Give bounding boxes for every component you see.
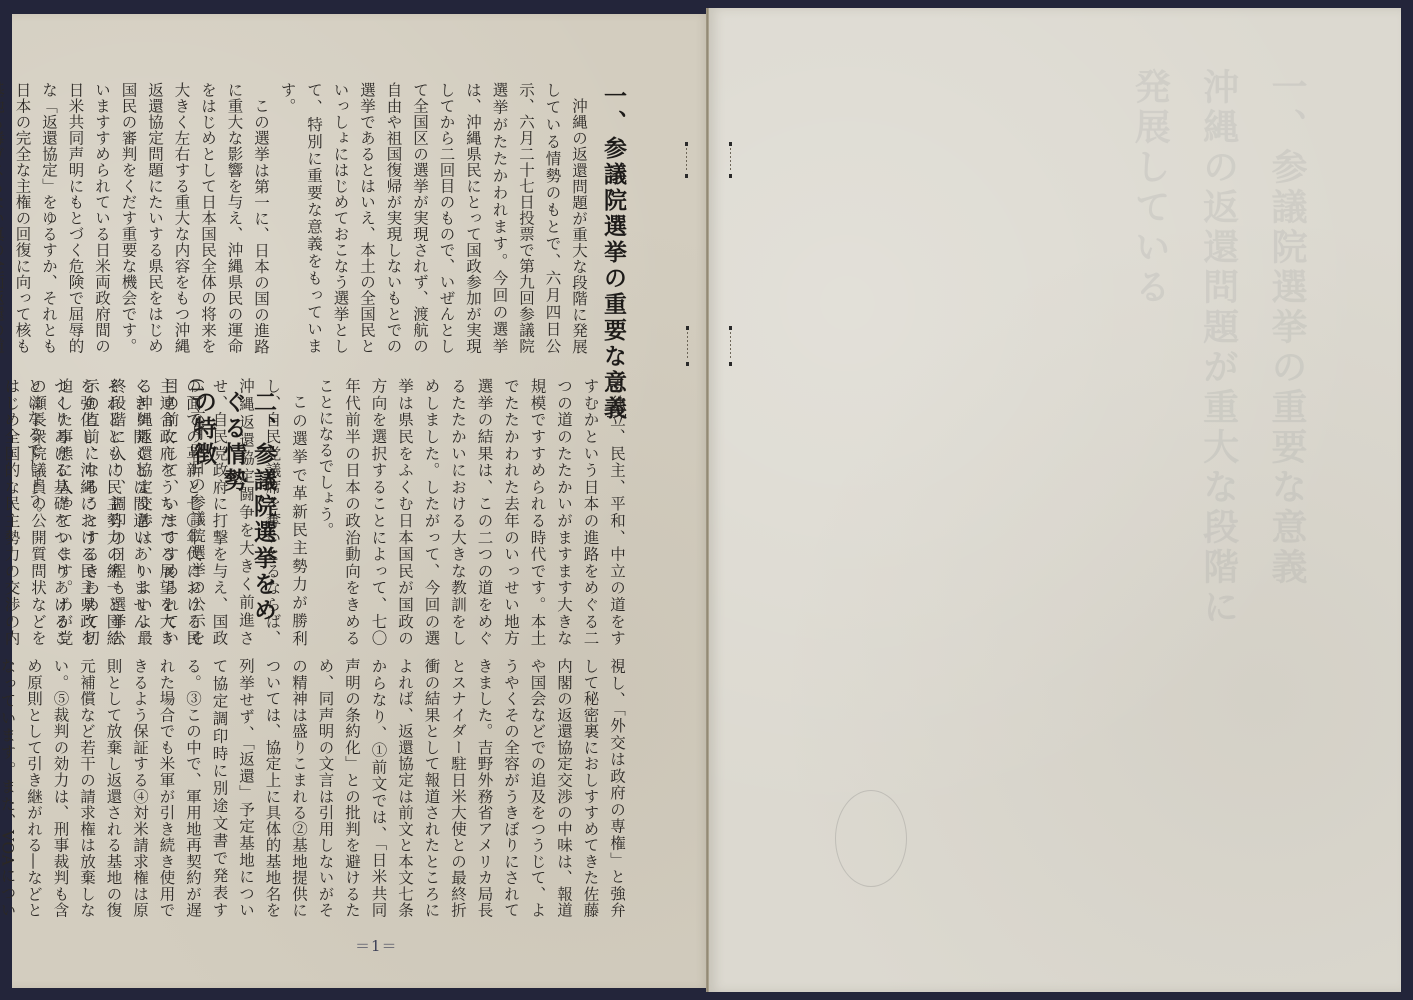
section1-continued-body: も独立、民主、平和、中立の道をすすむかという日本の進路をめぐる二つの道のたたかい… (272, 378, 630, 646)
staple-mark (686, 326, 689, 366)
section2-heading-line1: 二、参議院選挙をめぐる情勢 (220, 390, 276, 624)
paragraph: (1) 六月四日の参議院選挙の公示を目の前にして、いますすめられている沖縄返還協… (0, 378, 210, 646)
section1-heading: 一、参議院選挙の重要な意義 (598, 84, 628, 422)
paragraph: も独立、民主、平和、中立の道をすすむかという日本の進路をめぐる二つの道のたたかい… (312, 378, 630, 646)
section2-body: (1) 六月四日の参議院選挙の公示を目の前にして、いますすめられている沖縄返還協… (70, 378, 210, 646)
section2-heading: 二、参議院選挙をめぐる情勢 の特徴 (218, 390, 278, 640)
item-marker: (1) (188, 378, 206, 401)
page-number: ＝1＝ (355, 935, 398, 956)
paragraph: 沖縄の返還問題が重大な段階に発展している情勢のもとで、六月四日公示、六月二十七日… (274, 82, 592, 354)
paragraph: この選挙は第一に、日本の国の進路に重大な影響を与え、沖縄県民の運命をはじめとして… (0, 82, 274, 354)
right-page: 一、参議院選挙の重要な意義 沖縄の返還問題が重大な段階に発展している (709, 8, 1401, 992)
bleed-through-text: 一、参議院選挙の重要な意義 沖縄の返還問題が重大な段階に発展している (991, 68, 1321, 628)
document-spread: 一、参議院選挙の重要な意義 沖縄の返還問題が重大な段階に発展している情勢のもとで… (0, 0, 1413, 1000)
section1-body: 沖縄の返還問題が重大な段階に発展している情勢のもとで、六月四日公示、六月二十七日… (70, 82, 592, 354)
faint-stamp-mark (835, 790, 907, 887)
staple-mark (685, 142, 688, 178)
section2-continued-body: 視し、「外交は政府の専権」と強弁して秘密裏におしすすめてきた佐藤内閣の返還協定交… (70, 658, 630, 918)
paragraph: 視し、「外交は政府の専権」と強弁して秘密裏におしすすめてきた佐藤内閣の返還協定交… (0, 658, 630, 918)
paragraph-text: 六月四日の参議院選挙の公示を目の前にして、いますすめられている沖縄返還協定交渉は… (0, 378, 206, 646)
staple-mark (729, 326, 732, 366)
staple-mark (729, 142, 732, 178)
